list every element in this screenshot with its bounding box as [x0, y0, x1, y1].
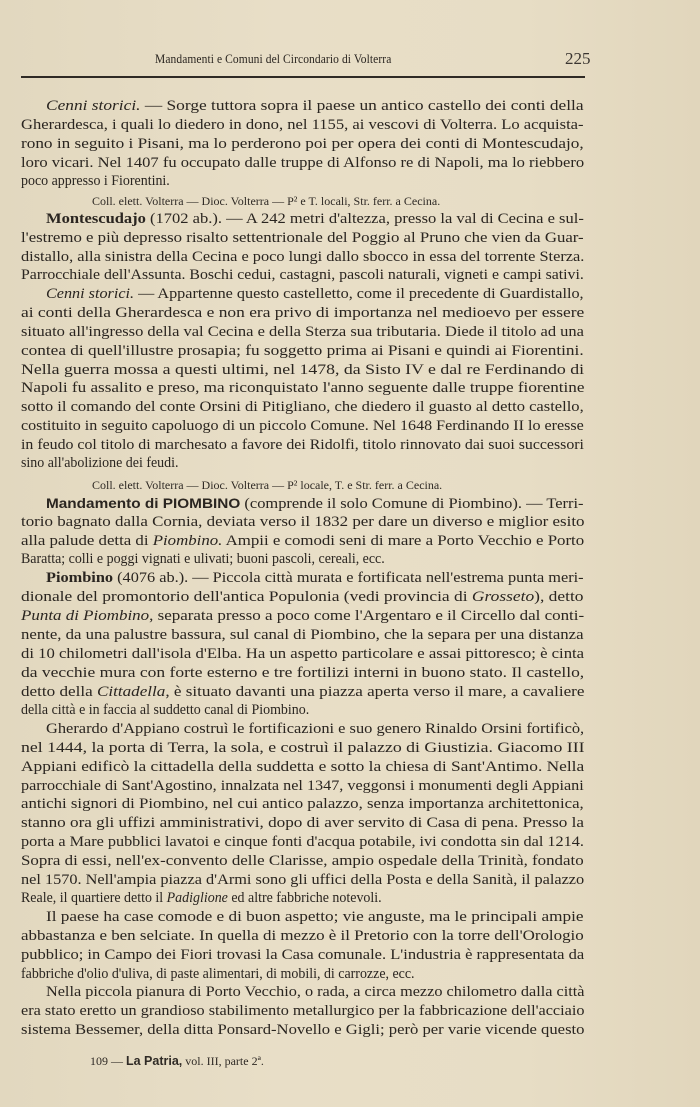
text-line: ai conti della Gherardesca e non era pri…	[21, 304, 584, 323]
line-text: — Sorge tuttora sopra il paese un antico…	[140, 98, 583, 114]
text-line: poco appresso i Fiorentini.	[21, 172, 170, 191]
text-line: situato all'ingresso della val Cecina e …	[21, 323, 584, 342]
text-line: distallo, alla sinistra della Cecina e p…	[21, 248, 584, 267]
text-line: Montescudajo (1702 ab.). — A 242 metri d…	[46, 210, 584, 229]
volume-info: vol. III, parte 2ª.	[182, 1054, 264, 1068]
text-line: Gherardo d'Appiano costruì le fortificaz…	[46, 720, 584, 739]
text-line: Appiani edificò la cittadella della sudd…	[21, 758, 584, 777]
page-number: 225	[565, 49, 591, 69]
running-title: Mandamenti e Comuni del Circondario di V…	[155, 52, 391, 67]
text-line: sistema Bessemer, della ditta Ponsard-No…	[21, 1021, 584, 1040]
text-line: Mandamento di PIOMBINO (comprende il sol…	[46, 494, 584, 514]
section-heading: Mandamento di PIOMBINO	[46, 495, 240, 511]
running-head: Mandamenti e Comuni del Circondario di V…	[0, 52, 700, 72]
text-line: parrocchiale di Sant'Agostino, innalzata…	[21, 777, 584, 796]
text-line: Gherardesca, i quali lo diedero in dono,…	[21, 116, 584, 135]
line-text: dionale del promontorio dell'antica Popu…	[21, 589, 472, 605]
text-line: abbastanza e ben selciate. In quella di …	[21, 927, 584, 946]
text-line: rono in seguito i Pisani, ma lo perderon…	[21, 135, 584, 154]
italic-name: Punta di Piombino	[21, 608, 149, 624]
italic-name: Grosseto	[472, 589, 534, 605]
text-line: pubblico; in Campo dei Fiori trovasi la …	[21, 946, 584, 965]
text-line: Sopra di essi, nell'ex-convento delle Cl…	[21, 852, 584, 871]
publication-title: La Patria,	[126, 1054, 182, 1068]
line-text: , separata presso a poco come l'Argentar…	[149, 608, 584, 624]
text-line: detto della Cittadella, è situato davant…	[21, 683, 584, 702]
text-line: porta a Mare pubblici lavatoi e cinque f…	[21, 833, 584, 852]
text-line: Baratta; colli e poggi vignati e ulivati…	[21, 550, 385, 569]
text-line: Reale, il quartiere detto il Padiglione …	[21, 889, 382, 908]
text-line: loro vicari. Nel 1407 fu occupato dalle …	[21, 154, 584, 173]
signature-number: 109 —	[90, 1054, 126, 1068]
text-line: della città e in faccia al suddetto cana…	[21, 701, 309, 720]
line-text: alla palude detta di	[21, 533, 153, 549]
entry-name: Piombino	[46, 570, 113, 586]
line-text: (4076 ab.). — Piccola città murata e for…	[113, 570, 584, 586]
text-line: Cenni storici. — Appartenne questo caste…	[46, 285, 584, 304]
text-line: di 10 chilometri dall'isola d'Elba. Ha u…	[21, 645, 584, 664]
text-line: nel 1444, la porta di Terra, la sola, e …	[21, 739, 585, 758]
electoral-note: Coll. elett. Volterra — Dioc. Volterra —…	[92, 193, 440, 209]
header-rule	[21, 76, 585, 78]
text-line: dionale del promontorio dell'antica Popu…	[21, 588, 584, 607]
text-line: Nella piccola pianura di Porto Vecchio, …	[46, 983, 584, 1002]
text-line: antichi signori di Piombino, nel cui ant…	[21, 795, 584, 814]
text-line: alla palude detta di Piombino. Ampii e c…	[21, 532, 584, 551]
italic-label: Cenni storici.	[46, 286, 134, 302]
line-text: — Appartenne questo castelletto, come il…	[134, 286, 584, 302]
line-text: (comprende il solo Comune di Piombino). …	[240, 496, 583, 512]
text-line: Punta di Piombino, separata presso a poc…	[21, 607, 584, 626]
text-line: sotto il comando del conte Orsini di Pit…	[21, 398, 584, 417]
line-text: (1702 ab.). — A 242 metri d'altezza, pre…	[146, 211, 584, 227]
line-text: Reale, il quartiere detto il	[21, 890, 167, 906]
text-line: in feudo col titolo di marchesato a favo…	[21, 436, 584, 455]
text-line: da vecchie mura con forte esterno e tre …	[21, 664, 584, 683]
line-text: ed altre fabbriche notevoli.	[228, 890, 382, 906]
book-page: Mandamenti e Comuni del Circondario di V…	[0, 0, 700, 1107]
signature-footer: 109 — La Patria, vol. III, parte 2ª.	[90, 1054, 264, 1069]
text-line: sino all'abolizione dei feudi.	[21, 454, 178, 473]
italic-name: Padiglione	[167, 890, 228, 906]
electoral-note: Coll. elett. Volterra — Dioc. Volterra —…	[92, 477, 442, 493]
text-line: nente, da una palustre bassura, sul cana…	[21, 626, 584, 645]
text-line: nel 1570. Nell'ampia piazza d'Armi sono …	[21, 871, 584, 890]
text-line: Napoli fu assalito e preso, ma riconquis…	[21, 379, 584, 398]
text-line: l'estremo e più depresso risalto settent…	[21, 229, 584, 248]
text-line: costituito in seguito capoluogo di un pi…	[21, 417, 584, 436]
line-text: ), detto	[534, 589, 583, 605]
text-line: era stato eretto un grandioso stabilimen…	[21, 1002, 584, 1021]
text-line: Il paese ha case comode e di buon aspett…	[46, 908, 584, 927]
line-text: detto della	[21, 684, 97, 700]
text-line: stanno ora gli uffizi amministrativi, do…	[21, 814, 584, 833]
italic-name: Cittadella	[97, 684, 165, 700]
text-line: torio bagnato dalla Cornia, deviata vers…	[21, 513, 585, 532]
text-line: Cenni storici. — Sorge tuttora sopra il …	[46, 97, 584, 116]
text-line: Piombino (4076 ab.). — Piccola città mur…	[46, 569, 584, 588]
entry-name: Montescudajo	[46, 211, 146, 227]
text-line: Nella guerra mossa a questi ultimi, nel …	[21, 361, 584, 380]
italic-name: Piombino.	[153, 533, 223, 549]
text-line: contea di quell'illustre prosapia; fu so…	[21, 342, 584, 361]
text-line: Parrocchiale dell'Assunta. Boschi cedui,…	[21, 266, 584, 285]
italic-label: Cenni storici.	[46, 98, 140, 114]
line-text: Ampii e comodi seni di mare a Porto Vecc…	[222, 533, 584, 549]
line-text: , è situato davanti una piazza aperta ve…	[165, 684, 584, 700]
text-line: fabbriche d'olio d'uliva, di paste alime…	[21, 965, 415, 984]
